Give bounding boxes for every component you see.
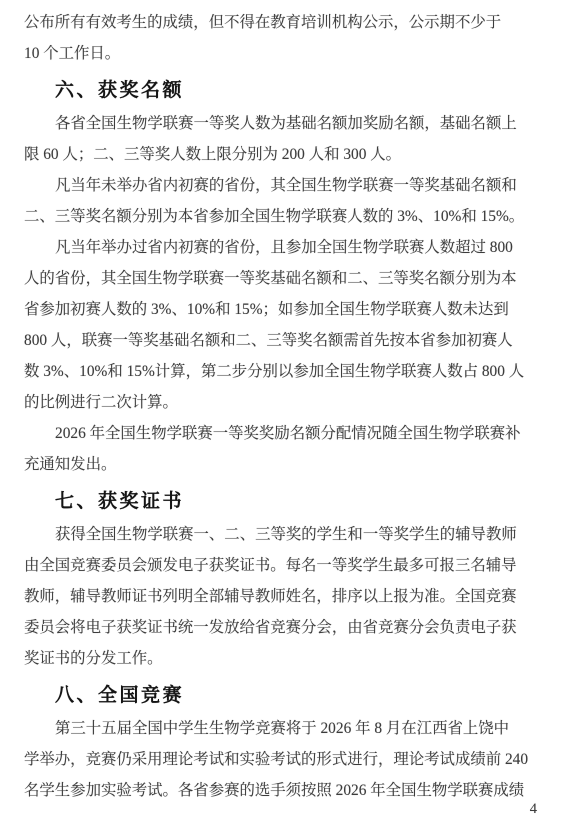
text-line: 充通知发出。 (24, 449, 516, 480)
section-heading: 八、全国竞赛 (55, 680, 516, 711)
text-line: 2026 年全国生物学联赛一等奖奖励名额分配情况随全国生物学联赛补 (24, 418, 516, 449)
text-line: 数 3%、10%和 15%计算，第二步分别以参加全国生物学联赛人数占 800 人 (24, 356, 516, 387)
paragraph: 第三十五届全国中学生生物学竞赛将于 2026 年 8 月在江西省上饶中学举办，竞… (24, 713, 516, 806)
text-line: 二、三等奖名额分别为本省参加全国生物学联赛人数的 3%、10%和 15%。 (24, 201, 516, 232)
text-line: 获得全国生物学联赛一、二、三等奖的学生和一等奖学生的辅导教师 (24, 519, 516, 550)
text-line: 名学生参加实验考试。各省参赛的选手须按照 2026 年全国生物学联赛成绩 (24, 775, 516, 806)
paragraph: 凡当年未举办省内初赛的省份，其全国生物学联赛一等奖基础名额和二、三等奖名额分别为… (24, 170, 516, 232)
document-body: 公布所有有效考生的成绩，但不得在教育培训机构公示，公示期不少于10 个工作日。六… (24, 7, 516, 806)
text-line: 奖证书的分发工作。 (24, 643, 516, 674)
text-line: 的比例进行二次计算。 (24, 387, 516, 418)
text-line: 省参加初赛人数的 3%、10%和 15%；如参加全国生物学联赛人数未达到 (24, 294, 516, 325)
text-line: 凡当年未举办省内初赛的省份，其全国生物学联赛一等奖基础名额和 (24, 170, 516, 201)
text-line: 公布所有有效考生的成绩，但不得在教育培训机构公示，公示期不少于 (24, 7, 516, 38)
text-line: 限 60 人；二、三等奖人数上限分别为 200 人和 300 人。 (24, 139, 516, 170)
paragraph: 2026 年全国生物学联赛一等奖奖励名额分配情况随全国生物学联赛补充通知发出。 (24, 418, 516, 480)
text-line: 教师，辅导教师证书列明全部辅导教师姓名，排序以上报为准。全国竞赛 (24, 581, 516, 612)
text-line: 由全国竞赛委员会颁发电子获奖证书。每名一等奖学生最多可报三名辅导 (24, 550, 516, 581)
text-line: 委员会将电子获奖证书统一发放给省竞赛分会，由省竞赛分会负责电子获 (24, 612, 516, 643)
paragraph: 公布所有有效考生的成绩，但不得在教育培训机构公示，公示期不少于10 个工作日。 (24, 7, 516, 69)
text-line: 人的省份，其全国生物学联赛一等奖基础名额和二、三等奖名额分别为本 (24, 263, 516, 294)
paragraph: 各省全国生物学联赛一等奖人数为基础名额加奖励名额，基础名额上限 60 人；二、三… (24, 108, 516, 170)
section-heading: 六、获奖名额 (55, 75, 516, 106)
text-line: 第三十五届全国中学生生物学竞赛将于 2026 年 8 月在江西省上饶中 (24, 713, 516, 744)
text-line: 各省全国生物学联赛一等奖人数为基础名额加奖励名额，基础名额上 (24, 108, 516, 139)
text-line: 学举办，竞赛仍采用理论考试和实验考试的形式进行，理论考试成绩前 240 (24, 744, 516, 775)
text-line: 10 个工作日。 (24, 38, 516, 69)
text-line: 凡当年举办过省内初赛的省份，且参加全国生物学联赛人数超过 800 (24, 232, 516, 263)
page-number: 4 (530, 799, 537, 819)
document-page: 公布所有有效考生的成绩，但不得在教育培训机构公示，公示期不少于10 个工作日。六… (0, 0, 566, 829)
paragraph: 获得全国生物学联赛一、二、三等奖的学生和一等奖学生的辅导教师由全国竞赛委员会颁发… (24, 519, 516, 674)
paragraph: 凡当年举办过省内初赛的省份，且参加全国生物学联赛人数超过 800人的省份，其全国… (24, 232, 516, 418)
section-heading: 七、获奖证书 (55, 486, 516, 517)
text-line: 800 人，联赛一等奖基础名额和二、三等奖名额需首先按本省参加初赛人 (24, 325, 516, 356)
